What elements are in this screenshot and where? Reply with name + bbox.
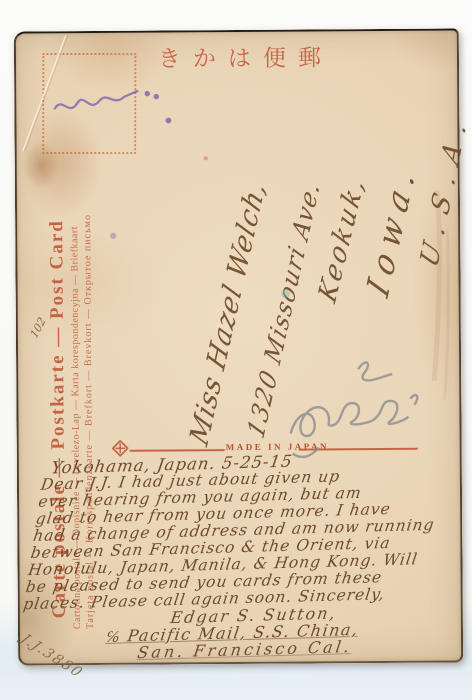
purple-dot — [167, 119, 171, 123]
japanese-postcard-label: きかは便郵 — [158, 39, 333, 73]
postcard-back: きかは便郵 Carte postale — Postkarte — Post C… — [14, 28, 463, 665]
message-block: Yokohama, Japan. 5-25-15 Dear J.J. I had… — [14, 447, 472, 664]
address-country: U.S.A. — [415, 104, 472, 272]
scanned-postcard-photo: きかは便郵 Carte postale — Postkarte — Post C… — [0, 0, 472, 700]
pencil-number-note: 102 — [28, 315, 49, 341]
maker-emblem-icon — [112, 440, 129, 457]
pencil-stroke — [410, 395, 417, 405]
made-in-japan-label: MADE IN JAPAN — [226, 442, 298, 453]
address-state: Iowa. — [360, 155, 424, 303]
red-smudge — [203, 156, 207, 160]
pencil-stroke — [290, 401, 408, 436]
purple-dot — [155, 95, 158, 98]
purple-dot — [111, 234, 115, 238]
purple-dot — [146, 92, 149, 95]
pencil-stroke — [358, 362, 392, 380]
stamp-box — [42, 53, 136, 154]
